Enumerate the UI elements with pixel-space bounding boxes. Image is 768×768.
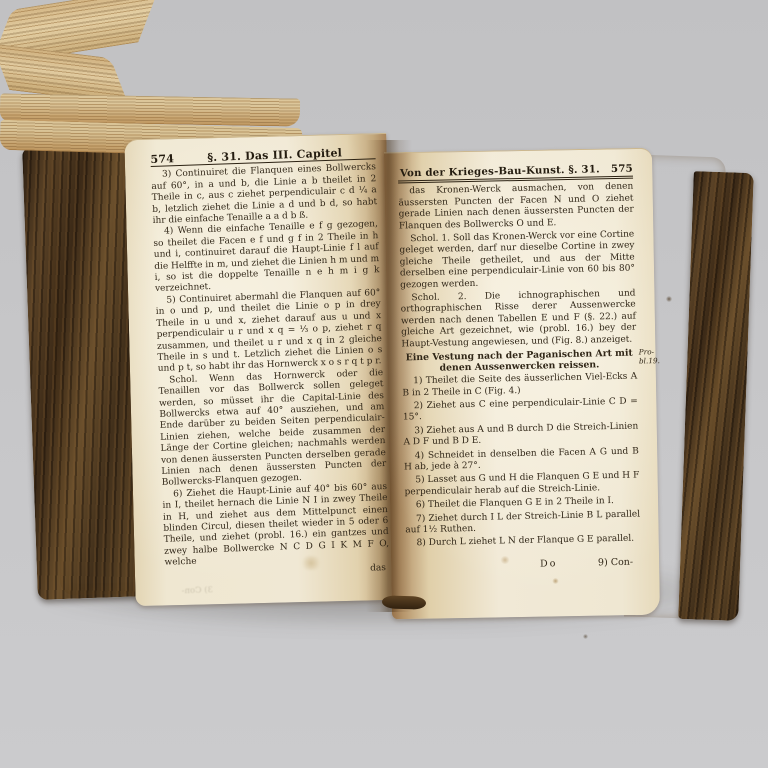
paragraph: Schol. 1. Soll das Kronen-Werck vor eine… [399, 230, 635, 292]
show-through-ghost-text: 3) Con- [181, 585, 213, 597]
paragraph: 5) Continuiret abermahl die Flanquen auf… [155, 288, 383, 376]
right-page-header: Von der Krieges-Bau-Kunst. §. 31. 575 [398, 164, 633, 184]
right-page-number: 575 [611, 164, 633, 176]
signature-mark: Do [540, 558, 558, 570]
margin-note-probl-19: Pro- bl.19. [639, 348, 660, 365]
section-heading-text: Eine Vestung nach der Paganischen Art mi… [406, 348, 633, 374]
right-page-text: Von der Krieges-Bau-Kunst. §. 31. 575 da… [398, 164, 641, 573]
problem-section-heading: Eine Vestung nach der Paganischen Art mi… [402, 348, 637, 375]
numbered-item: 5) Lasset aus G und H die Flanquen G E u… [404, 471, 639, 499]
photo-of-open-antique-book: 574 §. 31. Das III. Capitel 3) Continuir… [0, 0, 768, 768]
right-running-title: Von der Krieges-Bau-Kunst. §. 31. [398, 164, 611, 180]
numbered-item: 7) Ziehet durch I L der Streich-Linie B … [405, 509, 640, 537]
numbered-item: 1) Theilet die Seite des äusserlichen Vi… [402, 372, 637, 400]
stain [583, 634, 588, 639]
paragraph: Schol. 2. Die ichnographischen und ortho… [400, 289, 636, 351]
left-page-number: 574 [150, 153, 174, 165]
spine-fold-bottom [382, 595, 426, 610]
paragraph: 4) Wenn die einfache Tenaille e f g gezo… [153, 220, 380, 296]
left-page-text: 574 §. 31. Das III. Capitel 3) Continuir… [150, 146, 390, 598]
paragraph: Schol. Wenn das Hornwerck oder die Tenai… [158, 368, 387, 490]
paragraph: 3) Continuiret die Flanquen eines Bollwe… [151, 163, 378, 228]
paragraph: 6) Ziehet die Haupt-Linie auf 40° bis 60… [162, 482, 390, 570]
right-page-catchword: 9) Con- [598, 556, 641, 568]
numbered-item: 8) Durch L ziehet L N der Flanque G E pa… [406, 534, 641, 550]
paragraph: das Kronen-Werck ausmachen, von denen äu… [398, 182, 634, 233]
numbered-item: 4) Schneidet in denselben die Facen A G … [404, 446, 639, 474]
numbered-item: 2) Ziehet aus C eine perpendiculair-Lini… [403, 396, 638, 424]
numbered-item: 3) Ziehet aus A und B durch D die Streic… [403, 421, 638, 449]
